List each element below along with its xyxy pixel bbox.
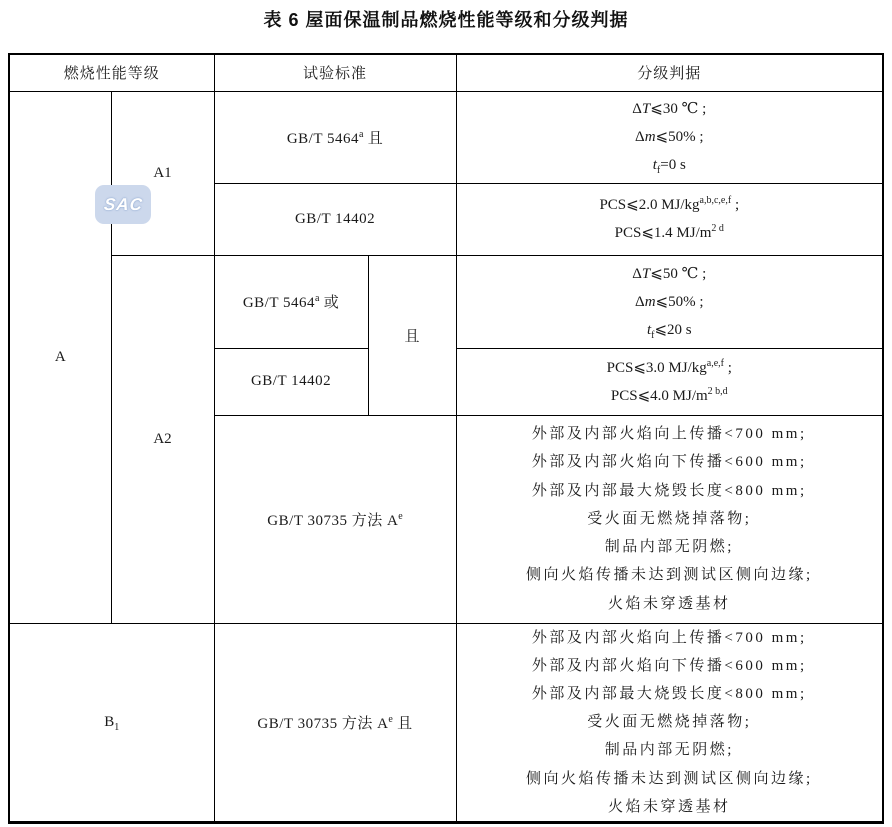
criteria-line: 侧向火焰传播未达到测试区侧向边缘; <box>457 561 883 589</box>
col-header-standard: 试验标准 <box>214 54 456 91</box>
connector-cell: 且 <box>368 255 456 415</box>
criteria-line: 外部及内部火焰向上传播<700 mm; <box>457 420 883 448</box>
criteria-line: ΔT⩽50 ℃ ; <box>457 260 883 288</box>
sac-watermark-label: SAC <box>102 195 143 215</box>
criteria-line: tf=0 s <box>457 151 883 179</box>
criteria-line: 火焰未穿透基材 <box>457 793 883 821</box>
criteria-line: 火焰未穿透基材 <box>457 590 883 618</box>
criteria-line: 外部及内部火焰向下传播<600 mm; <box>457 448 883 476</box>
criteria-line: PCS⩽3.0 MJ/kga,e,f ; <box>457 354 883 382</box>
criteria-line: 外部及内部最大烧毁长度<800 mm; <box>457 680 883 708</box>
criteria-cell-r2: PCS⩽2.0 MJ/kga,b,c,e,f ; PCS⩽1.4 MJ/m2 d <box>456 183 883 255</box>
col-header-grade: 燃烧性能等级 <box>9 54 214 91</box>
sac-watermark: SAC <box>95 185 151 224</box>
criteria-cell-r5: 外部及内部火焰向上传播<700 mm; 外部及内部火焰向下传播<600 mm; … <box>456 415 883 623</box>
document-page: 表 6 屋面保温制品燃烧性能等级和分级判据 燃烧性能等级 试验标准 分级判据 A… <box>0 0 892 827</box>
criteria-line: Δm⩽50% ; <box>457 288 883 316</box>
standard-cell-r4: GB/T 14402 <box>214 348 368 415</box>
criteria-line: 侧向火焰传播未达到测试区侧向边缘; <box>457 765 883 793</box>
grade-cell-a2: A2 <box>111 255 214 623</box>
standard-cell-r5: GB/T 30735 方法 Ae <box>214 415 456 623</box>
criteria-line: PCS⩽2.0 MJ/kga,b,c,e,f ; <box>457 191 883 219</box>
standard-cell-r1: GB/T 5464a 且 <box>214 91 456 183</box>
col-header-criteria: 分级判据 <box>456 54 883 91</box>
criteria-line: ΔT⩽30 ℃ ; <box>457 95 883 123</box>
criteria-line: 制品内部无阴燃; <box>457 736 883 764</box>
header-row: 燃烧性能等级 试验标准 分级判据 <box>9 54 883 91</box>
criteria-line: 制品内部无阴燃; <box>457 533 883 561</box>
standard-cell-r2: GB/T 14402 <box>214 183 456 255</box>
criteria-line: 外部及内部火焰向上传播<700 mm; <box>457 624 883 652</box>
criteria-line: tf⩽20 s <box>457 316 883 344</box>
row-b1: B1 GB/T 30735 方法 Ae 且 外部及内部火焰向上传播<700 mm… <box>9 623 883 822</box>
criteria-line: 受火面无燃烧掉落物; <box>457 708 883 736</box>
criteria-cell-r4: PCS⩽3.0 MJ/kga,e,f ; PCS⩽4.0 MJ/m2 b,d <box>456 348 883 415</box>
grade-cell-a: A <box>9 91 111 623</box>
criteria-cell-r3: ΔT⩽50 ℃ ; Δm⩽50% ; tf⩽20 s <box>456 255 883 348</box>
criteria-line: 受火面无燃烧掉落物; <box>457 505 883 533</box>
standard-cell-r3: GB/T 5464a 或 <box>214 255 368 348</box>
table-title: 表 6 屋面保温制品燃烧性能等级和分级判据 <box>0 6 892 32</box>
criteria-line: PCS⩽1.4 MJ/m2 d <box>457 219 883 247</box>
row-a2-1: A2 GB/T 5464a 或 且 ΔT⩽50 ℃ ; Δm⩽50% ; tf⩽… <box>9 255 883 348</box>
criteria-cell-r6: 外部及内部火焰向上传播<700 mm; 外部及内部火焰向下传播<600 mm; … <box>456 623 883 822</box>
criteria-line: 外部及内部火焰向下传播<600 mm; <box>457 652 883 680</box>
criteria-cell-r1: ΔT⩽30 ℃ ; Δm⩽50% ; tf=0 s <box>456 91 883 183</box>
criteria-line: 外部及内部最大烧毁长度<800 mm; <box>457 477 883 505</box>
classification-table: 燃烧性能等级 试验标准 分级判据 A A1 GB/T 5464a 且 ΔT⩽30… <box>8 53 884 824</box>
criteria-line: Δm⩽50% ; <box>457 123 883 151</box>
grade-cell-a1: A1 <box>111 91 214 255</box>
criteria-line: PCS⩽4.0 MJ/m2 b,d <box>457 382 883 410</box>
grade-cell-b1: B1 <box>9 623 214 822</box>
standard-cell-r6: GB/T 30735 方法 Ae 且 <box>214 623 456 822</box>
row-a1-1: A A1 GB/T 5464a 且 ΔT⩽30 ℃ ; Δm⩽50% ; tf=… <box>9 91 883 183</box>
